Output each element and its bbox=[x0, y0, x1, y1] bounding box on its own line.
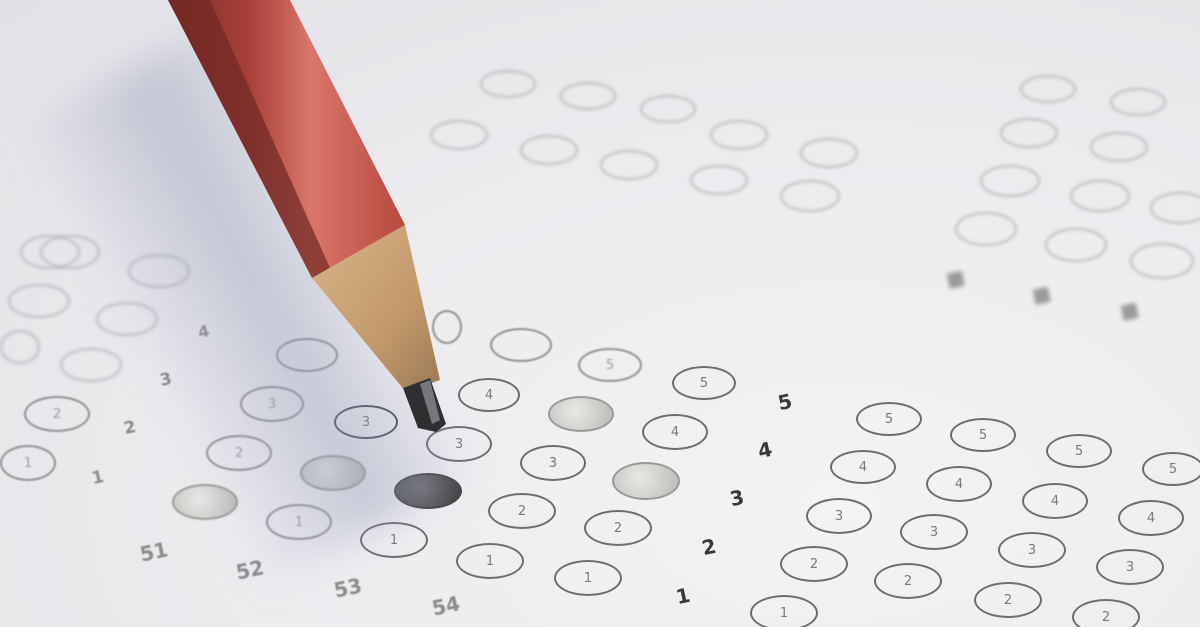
pencil-icon bbox=[0, 0, 1200, 627]
answer-sheet-photo: 3 2 1 2 1 5 3 3 1 4 3 2 1 4 2 1 5 5 4 3 … bbox=[0, 0, 1200, 627]
